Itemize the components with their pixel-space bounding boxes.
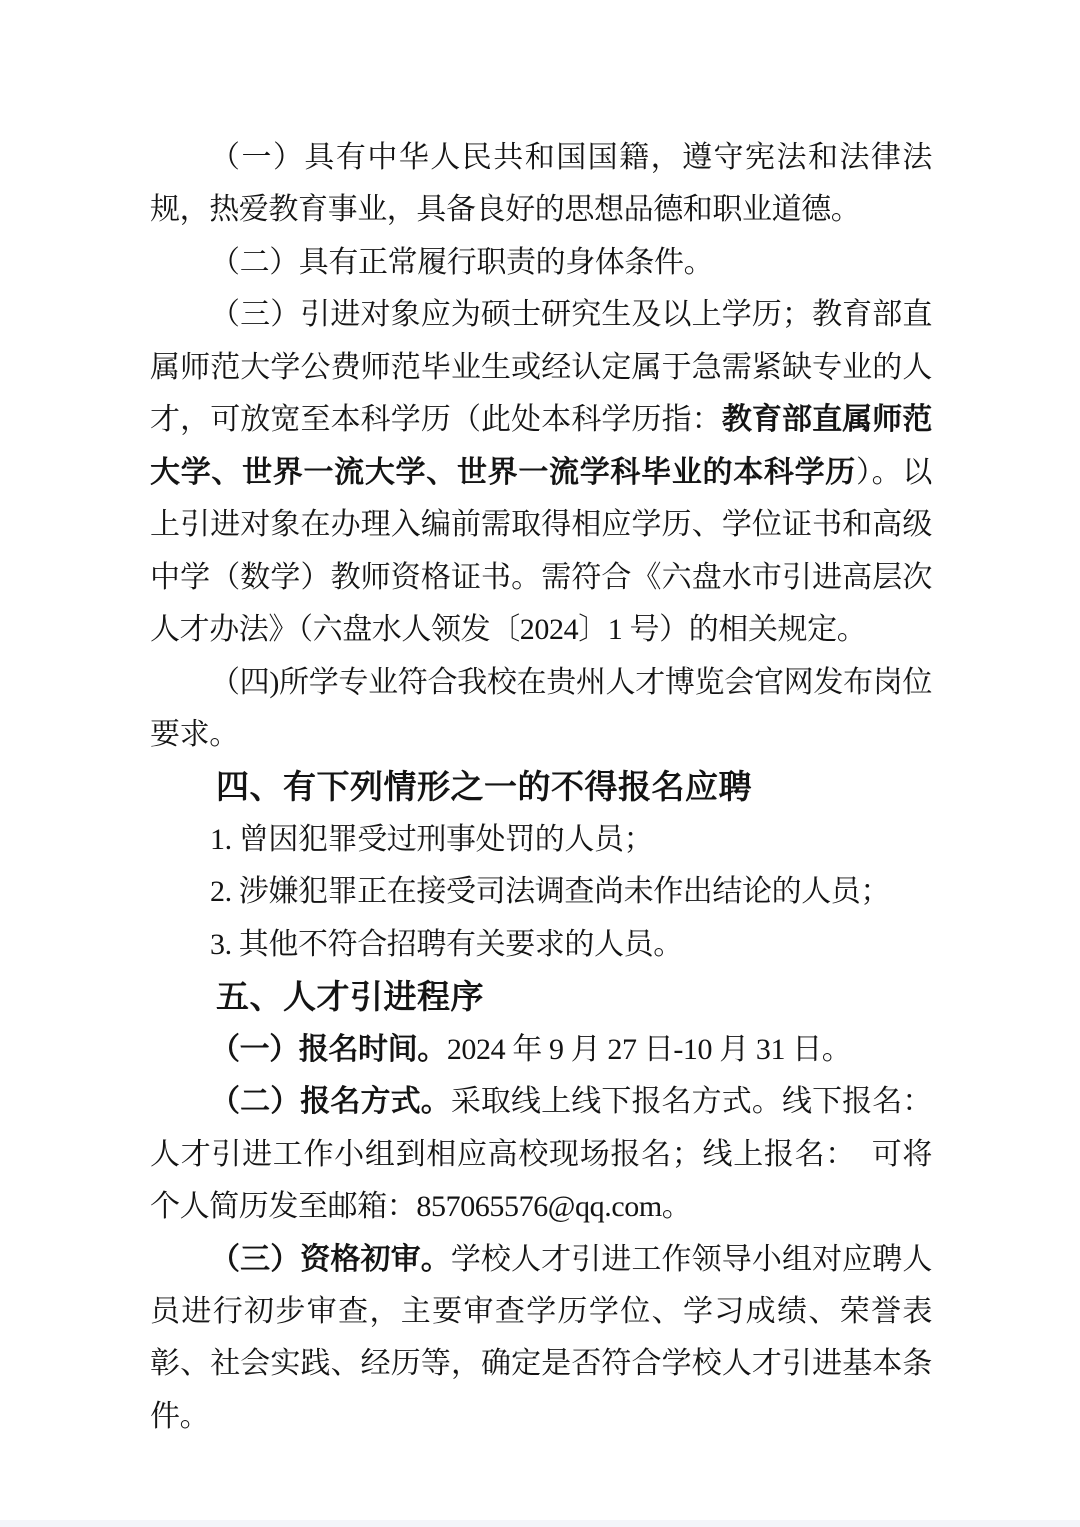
paragraph: （三）引进对象应为硕士研究生及以上学历；教育部直属师范大学公费师范毕业生或经认定…	[150, 289, 932, 656]
text-run: 四、有下列情形之一的不得报名应聘	[216, 768, 752, 805]
section-heading: 四、有下列情形之一的不得报名应聘	[150, 761, 932, 813]
text-run: （一）具有中华人民共和国国籍，遵守宪法和法律法规，热爱教育事业，具备良好的思想品…	[150, 141, 932, 226]
paragraph: （一）具有中华人民共和国国籍，遵守宪法和法律法规，热爱教育事业，具备良好的思想品…	[150, 132, 932, 237]
text-run: 1. 曾因犯罪受过刑事处罚的人员；	[210, 823, 653, 856]
text-run-bold: （三）资格初审。	[210, 1243, 451, 1276]
paragraph: 2. 涉嫌犯罪正在接受司法调查尚未作出结论的人员；	[150, 866, 932, 918]
paragraph: （三）资格初审。学校人才引进工作领导小组对应聘人员进行初步审查，主要审查学历学位…	[150, 1234, 932, 1444]
page-bottom-edge	[0, 1520, 1080, 1527]
text-run: （四)所学专业符合我校在贵州人才博览会官网发布岗位要求。	[150, 666, 932, 751]
document-page: （一）具有中华人民共和国国籍，遵守宪法和法律法规，热爱教育事业，具备良好的思想品…	[0, 0, 1080, 1527]
paragraph: （一）报名时间。2024 年 9 月 27 日-10 月 31 日。	[150, 1024, 932, 1076]
text-run-bold: （二）报名方式。	[210, 1085, 451, 1118]
paragraph: 1. 曾因犯罪受过刑事处罚的人员；	[150, 814, 932, 866]
paragraph: （二）具有正常履行职责的身体条件。	[150, 237, 932, 289]
text-run: （二）具有正常履行职责的身体条件。	[210, 246, 713, 279]
text-run: 2. 涉嫌犯罪正在接受司法调查尚未作出结论的人员；	[210, 875, 890, 908]
paragraph: （二）报名方式。采取线上线下报名方式。线下报名：人才引进工作小组到相应高校现场报…	[150, 1076, 932, 1233]
paragraph: 3. 其他不符合招聘有关要求的人员。	[150, 919, 932, 971]
paragraph: （四)所学专业符合我校在贵州人才博览会官网发布岗位要求。	[150, 657, 932, 762]
section-heading: 五、人才引进程序	[150, 971, 932, 1023]
text-run: 五、人才引进程序	[216, 978, 484, 1015]
document-body: （一）具有中华人民共和国国籍，遵守宪法和法律法规，热爱教育事业，具备良好的思想品…	[150, 132, 932, 1443]
text-run: 3. 其他不符合招聘有关要求的人员。	[210, 928, 683, 961]
text-run-bold: （一）报名时间。	[210, 1033, 447, 1066]
text-run: 2024 年 9 月 27 日-10 月 31 日。	[447, 1033, 852, 1066]
